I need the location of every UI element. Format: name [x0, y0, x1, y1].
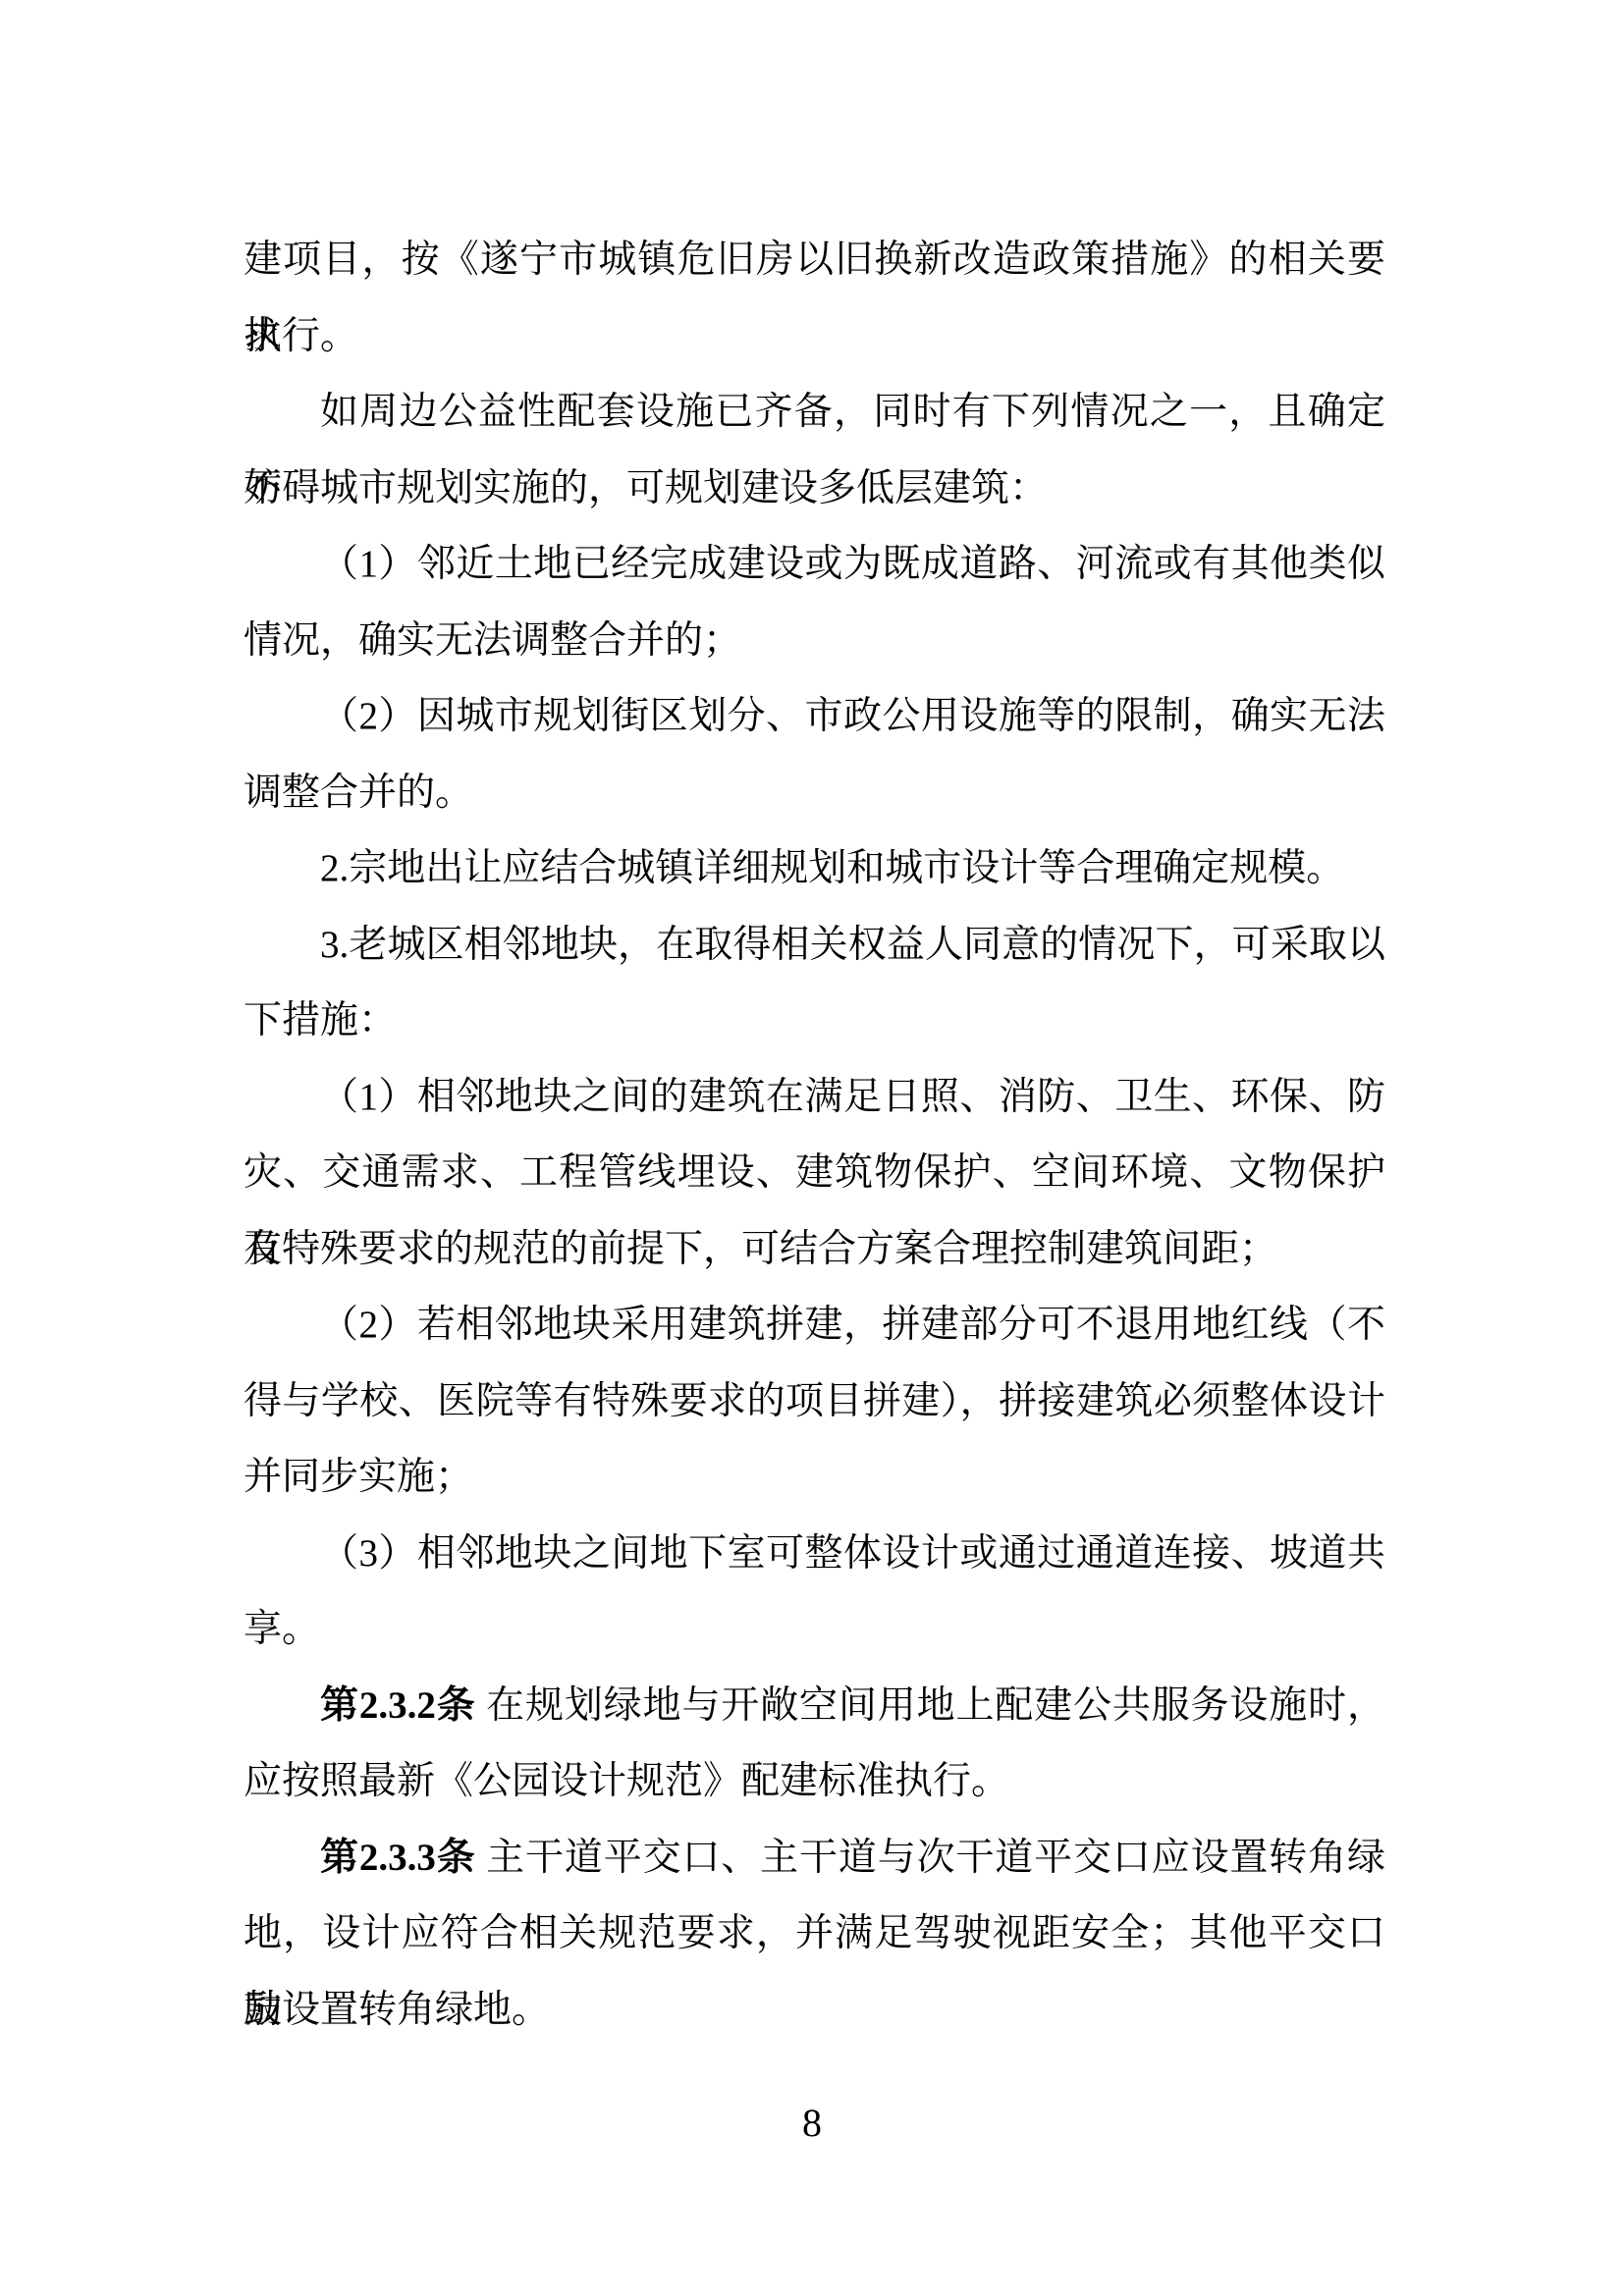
document-page: 建项目，按《遂宁市城镇危旧房以旧换新改造政策措施》的相关要求执行。如周边公益性配… [0, 0, 1624, 2296]
text-line-8: 调整合并的。 [244, 755, 1385, 831]
text-line-20: 第2.3.2条 在规划绿地与开敞空间用地上配建公共服务设施时， [244, 1668, 1385, 1744]
text-line-16: 得与学校、医院等有特殊要求的项目拼建），拼接建筑必须整体设计 [244, 1363, 1385, 1440]
text-line-21: 应按照最新《公园设计规范》配建标准执行。 [244, 1743, 1385, 1820]
text-line-4: 妨碍城市规划实施的，可规划建设多低层建筑： [244, 451, 1385, 527]
text-line-11: 下措施： [244, 983, 1385, 1059]
clause-number: 第2.3.2条 [320, 1684, 476, 1727]
page-number: 8 [0, 2099, 1624, 2148]
text-line-9: 2.宗地出让应结合城镇详细规划和城市设计等合理确定规模。 [244, 830, 1385, 907]
text-line-23: 地，设计应符合相关规范要求，并满足驾驶视距安全；其他平交口鼓 [244, 1896, 1385, 1972]
text-line-18: （3）相邻地块之间地下室可整体设计或通过通道连接、坡道共 [244, 1516, 1385, 1592]
text-line-12: （1）相邻地块之间的建筑在满足日照、消防、卫生、环保、防 [244, 1059, 1385, 1136]
text-line-24: 励设置转角绿地。 [244, 1972, 1385, 2049]
text-line-17: 并同步实施； [244, 1439, 1385, 1516]
text-line-5: （1）邻近土地已经完成建设或为既成道路、河流或有其他类似 [244, 526, 1385, 603]
text-line-19: 享。 [244, 1591, 1385, 1668]
text-line-1: 建项目，按《遂宁市城镇危旧房以旧换新改造政策措施》的相关要求 [244, 222, 1385, 298]
text-line-15: （2）若相邻地块采用建筑拼建，拼建部分可不退用地红线（不 [244, 1287, 1385, 1363]
text-line-2: 执行。 [244, 298, 1385, 375]
text-line-22: 第2.3.3条 主干道平交口、主干道与次干道平交口应设置转角绿 [244, 1820, 1385, 1896]
text-line-14: 有特殊要求的规范的前提下，可结合方案合理控制建筑间距； [244, 1211, 1385, 1288]
page-body: 建项目，按《遂宁市城镇危旧房以旧换新改造政策措施》的相关要求执行。如周边公益性配… [244, 222, 1385, 2048]
clause-number: 第2.3.3条 [320, 1837, 476, 1879]
text-line-3: 如周边公益性配套设施已齐备，同时有下列情况之一，且确定不 [244, 374, 1385, 451]
text-line-6: 情况，确实无法调整合并的； [244, 603, 1385, 679]
text-line-7: （2）因城市规划街区划分、市政公用设施等的限制，确实无法 [244, 678, 1385, 755]
text-line-13: 灾、交通需求、工程管线埋设、建筑物保护、空间环境、文物保护及 [244, 1135, 1385, 1211]
text-line-10: 3.老城区相邻地块，在取得相关权益人同意的情况下，可采取以 [244, 907, 1385, 984]
